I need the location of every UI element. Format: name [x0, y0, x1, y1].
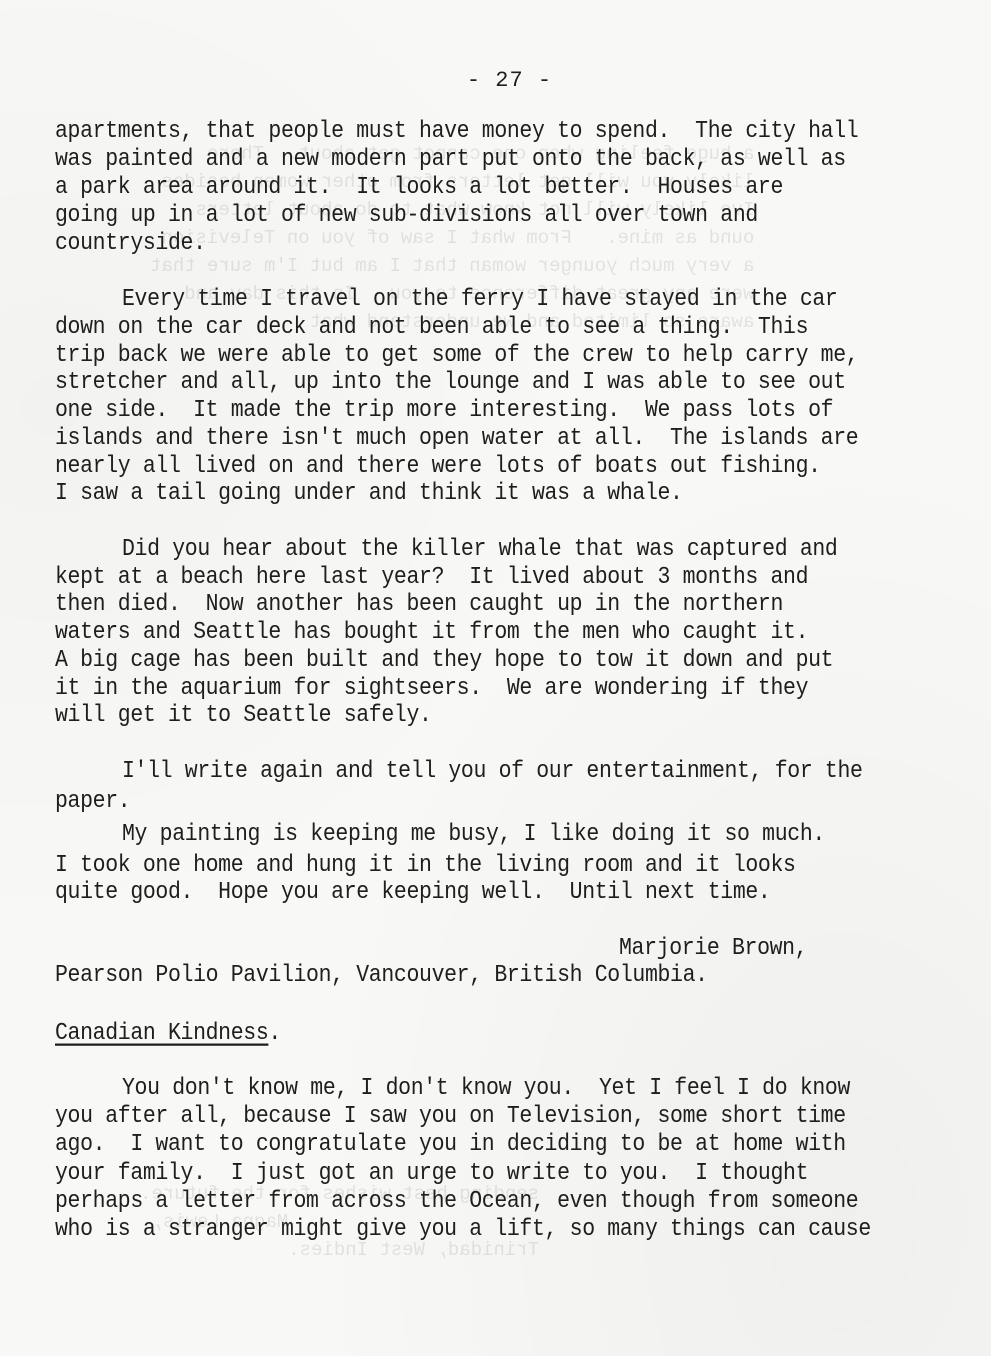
text-line: apartments, that people must have money …: [55, 118, 858, 145]
text-line: you after all, because I saw you on Tele…: [55, 1103, 846, 1130]
text-line: perhaps a letter from across the Ocean, …: [55, 1188, 858, 1215]
text-line: You don't know me, I don't know you. Yet…: [122, 1075, 850, 1102]
text-line: was painted and a new modern part put on…: [55, 146, 846, 173]
section-heading: Canadian Kindness.: [55, 1020, 281, 1047]
text-line: quite good. Hope you are keeping well. U…: [55, 879, 770, 906]
section-heading-period: .: [268, 1020, 281, 1047]
text-line: countryside.: [55, 230, 206, 257]
text-line: then died. Now another has been caught u…: [55, 591, 783, 618]
text-line: a park area around it. It looks a lot be…: [55, 174, 783, 201]
text-line: Every time I travel on the ferry I have …: [122, 286, 837, 313]
text-line: down on the car deck and not been able t…: [55, 314, 808, 341]
text-line: will get it to Seattle safely.: [55, 702, 432, 729]
text-line: A big cage has been built and they hope …: [55, 647, 833, 674]
text-line: waters and Seattle has bought it from th…: [55, 619, 808, 646]
text-line: islands and there isn't much open water …: [55, 425, 858, 452]
text-line: stretcher and all, up into the lounge an…: [55, 369, 846, 396]
text-line: going up in a lot of new sub-divisions a…: [55, 202, 758, 229]
text-line: I'll write again and tell you of our ent…: [122, 758, 863, 785]
text-line: ago. I want to congratulate you in decid…: [55, 1131, 846, 1158]
signature-address: Pearson Polio Pavilion, Vancouver, Briti…: [55, 962, 708, 989]
text-line: Did you hear about the killer whale that…: [122, 536, 837, 563]
document-page: a huge feeling when one cannot get about…: [0, 0, 991, 1356]
text-line: My painting is keeping me busy, I like d…: [122, 821, 825, 848]
text-line: who is a stranger might give you a lift,…: [55, 1216, 871, 1243]
text-line: paper.: [55, 788, 130, 815]
section-heading-text: Canadian Kindness: [55, 1020, 268, 1047]
text-line: I took one home and hung it in the livin…: [55, 852, 796, 879]
text-line: nearly all lived on and there were lots …: [55, 453, 821, 480]
page-number: - 27 -: [0, 68, 991, 93]
text-line: kept at a beach here last year? It lived…: [55, 564, 808, 591]
text-line: trip back we were able to get some of th…: [55, 342, 858, 369]
text-line: I saw a tail going under and think it wa…: [55, 480, 683, 507]
text-line: it in the aquarium for sightseers. We ar…: [55, 675, 808, 702]
signature-name: Marjorie Brown,: [619, 935, 807, 962]
text-line: one side. It made the trip more interest…: [55, 397, 833, 424]
text-line: your family. I just got an urge to write…: [55, 1160, 808, 1187]
